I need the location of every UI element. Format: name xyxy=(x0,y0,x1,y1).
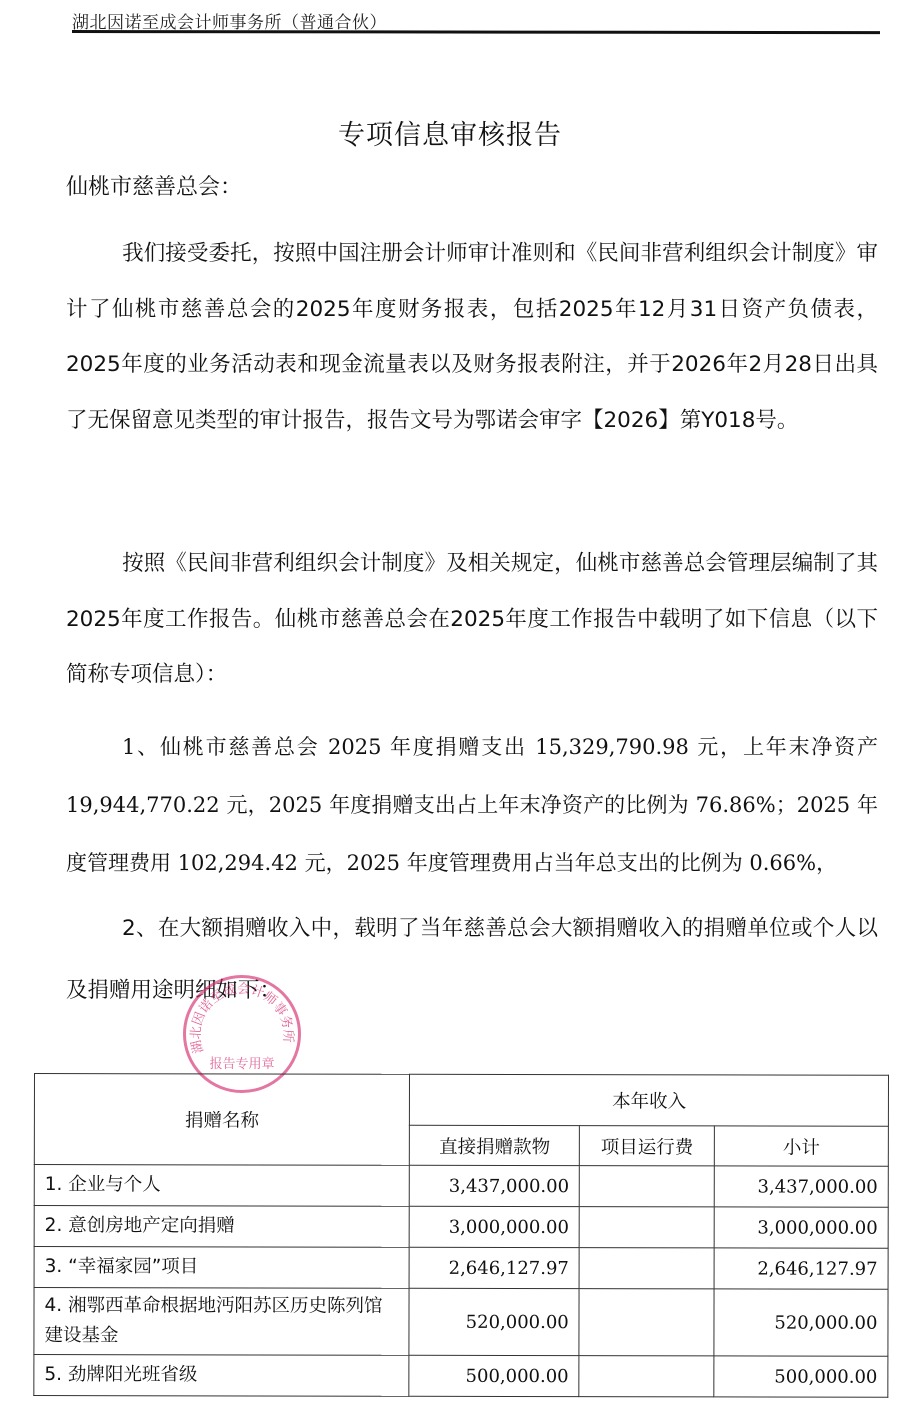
paragraph-engagement: 我们接受委托，按照中国注册会计师审计准则和《民间非营利组织会计制度》审计了仙桃市… xyxy=(66,226,878,448)
header-direct-donation: 直接捐赠款物 xyxy=(410,1125,580,1165)
donation-name: 1. 企业与个人 xyxy=(34,1165,409,1207)
document-title: 专项信息审核报告 xyxy=(0,113,900,152)
header-subtotal: 小计 xyxy=(714,1126,888,1166)
header-current-year-income: 本年收入 xyxy=(410,1074,889,1126)
project-fee-amount xyxy=(579,1356,714,1397)
seal-ring-text: 湖北因诺至成会计师事务所 xyxy=(188,981,295,1055)
donation-name: 5. 劲牌阳光班省级 xyxy=(34,1355,409,1397)
svg-text:湖北因诺至成会计师事务所: 湖北因诺至成会计师事务所 xyxy=(188,981,295,1055)
paragraph-text: 1、仙桃市慈善总会 2025 年度捐赠支出 15,329,790.98 元，上年… xyxy=(66,735,878,875)
salutation: 仙桃市慈善总会： xyxy=(66,170,242,201)
donation-name: 3. “幸福家园”项目 xyxy=(34,1247,409,1289)
direct-amount: 3,437,000.00 xyxy=(410,1165,580,1206)
project-fee-amount xyxy=(579,1248,714,1289)
table-row: 2. 意创房地产定向捐赠 3,000,000.00 3,000,000.00 xyxy=(34,1206,888,1249)
subtotal-amount: 3,437,000.00 xyxy=(714,1166,888,1207)
project-fee-amount xyxy=(579,1166,714,1207)
paragraph-text: 我们接受委托，按照中国注册会计师审计准则和《民间非营利组织会计制度》审计了仙桃市… xyxy=(66,241,878,433)
project-fee-amount xyxy=(579,1289,714,1356)
paragraph-text: 按照《民间非营利组织会计制度》及相关规定，仙桃市慈善总会管理层编制了其2025年… xyxy=(66,551,878,687)
subtotal-amount: 520,000.00 xyxy=(714,1289,888,1356)
table-row: 3. “幸福家园”项目 2,646,127.97 2,646,127.97 xyxy=(34,1247,888,1290)
subtotal-amount: 2,646,127.97 xyxy=(714,1248,888,1289)
donation-name: 4. 湘鄂西革命根据地沔阳苏区历史陈列馆建设基金 xyxy=(34,1288,409,1356)
seal-bottom-text: 报告专用章 xyxy=(186,1053,298,1072)
direct-amount: 520,000.00 xyxy=(409,1288,579,1355)
letterhead-rule xyxy=(72,30,880,34)
header-donation-name: 捐赠名称 xyxy=(34,1074,410,1166)
header-project-fee: 项目运行费 xyxy=(580,1126,715,1166)
paragraph-management-report: 按照《民间非营利组织会计制度》及相关规定，仙桃市慈善总会管理层编制了其2025年… xyxy=(66,536,878,703)
direct-amount: 3,000,000.00 xyxy=(409,1206,579,1247)
direct-amount: 2,646,127.97 xyxy=(409,1247,579,1288)
paragraph-item-1: 1、仙桃市慈善总会 2025 年度捐赠支出 15,329,790.98 元，上年… xyxy=(66,718,878,892)
direct-amount: 500,000.00 xyxy=(409,1355,579,1396)
table-row: 4. 湘鄂西革命根据地沔阳苏区历史陈列馆建设基金 520,000.00 520,… xyxy=(34,1288,888,1357)
donation-table: 捐赠名称 本年收入 直接捐赠款物 项目运行费 小计 1. 企业与个人 3,437… xyxy=(33,1073,889,1398)
table-row: 1. 企业与个人 3,437,000.00 3,437,000.00 xyxy=(34,1165,888,1208)
project-fee-amount xyxy=(579,1207,714,1248)
subtotal-amount: 500,000.00 xyxy=(714,1356,888,1397)
table-row: 5. 劲牌阳光班省级 500,000.00 500,000.00 xyxy=(34,1355,888,1398)
donation-name: 2. 意创房地产定向捐赠 xyxy=(34,1206,409,1248)
subtotal-amount: 3,000,000.00 xyxy=(714,1207,888,1248)
